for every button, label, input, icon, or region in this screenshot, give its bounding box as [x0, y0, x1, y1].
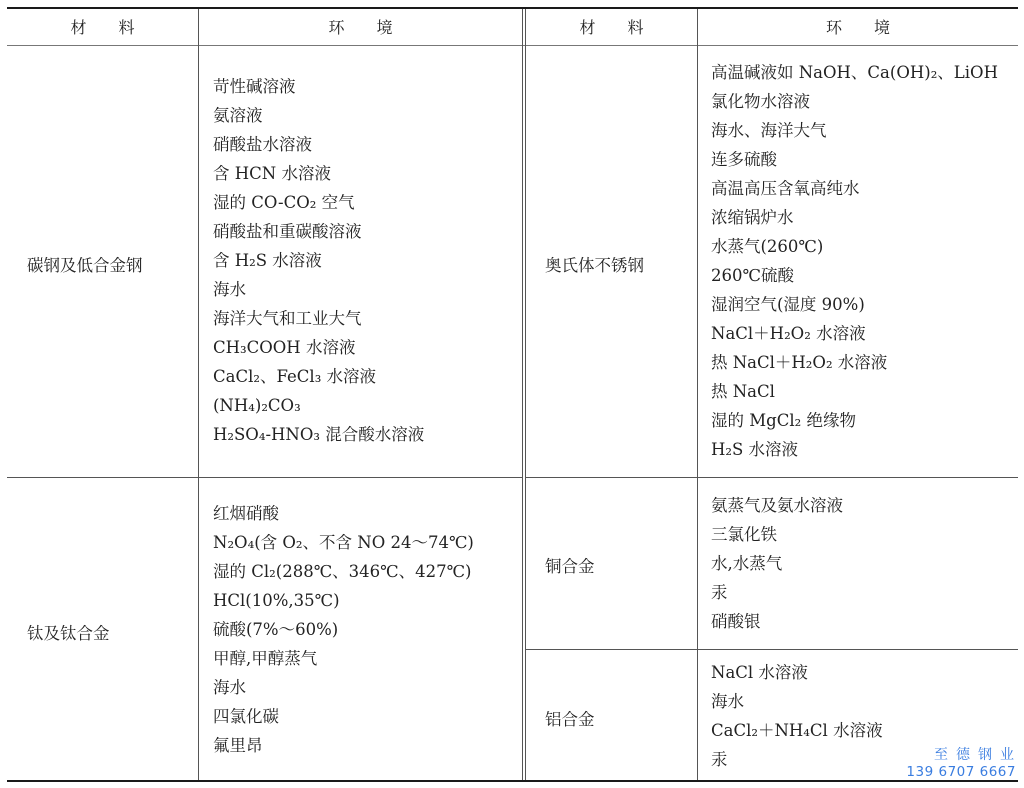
material-titanium: 钛及钛合金 [27, 620, 110, 644]
environment-item: 湿的 MgCl₂ 绝缘物 [711, 406, 998, 435]
material-aluminum-alloy: 铝合金 [545, 706, 595, 730]
environment-item: CH₃COOH 水溶液 [213, 333, 424, 362]
environment-item: 氨溶液 [213, 101, 424, 130]
environment-list-copper-alloy: 氨蒸气及氨水溶液 三氯化铁 水,水蒸气 汞 硝酸银 [711, 491, 843, 636]
col-divider-double-b [525, 9, 526, 780]
environment-item: 热 NaCl＋H₂O₂ 水溶液 [711, 348, 998, 377]
environment-item: (NH₄)₂CO₃ [213, 391, 424, 420]
environment-item: 红烟硝酸 [213, 499, 474, 528]
environment-item: 海水、海洋大气 [711, 116, 998, 145]
environment-item: CaCl₂、FeCl₃ 水溶液 [213, 362, 424, 391]
environment-item: 高温高压含氧高纯水 [711, 174, 998, 203]
environment-item: 三氯化铁 [711, 520, 843, 549]
environment-item: 连多硫酸 [711, 145, 998, 174]
environment-item: 硫酸(7%～60%) [213, 615, 474, 644]
header-bottom-rule [7, 45, 1018, 46]
environment-item: 氯化物水溶液 [711, 87, 998, 116]
environment-list-austenitic-stainless: 高温碱液如 NaOH、Ca(OH)₂、LiOH 氯化物水溶液 海水、海洋大气 连… [711, 58, 998, 464]
watermark: 至德钢业 139 6707 6667 [906, 744, 1016, 780]
environment-item: H₂SO₄-HNO₃ 混合酸水溶液 [213, 420, 424, 449]
row-divider-copper-aluminum [526, 649, 1018, 650]
environment-item: N₂O₄(含 O₂、不含 NO 24～74℃) [213, 528, 474, 557]
environment-item: 海水 [711, 687, 883, 716]
material-carbon-steel: 碳钢及低合金钢 [27, 252, 143, 276]
environment-item: 含 HCN 水溶液 [213, 159, 424, 188]
environment-item: 汞 [711, 745, 883, 774]
watermark-phone: 139 6707 6667 [906, 764, 1016, 780]
environment-item: 热 NaCl [711, 377, 998, 406]
environment-item: 高温碱液如 NaOH、Ca(OH)₂、LiOH [711, 58, 998, 87]
environment-item: 湿的 Cl₂(288℃、346℃、427℃) [213, 557, 474, 586]
header-environment-left: 环 境 [199, 8, 522, 45]
col-divider-3 [697, 9, 698, 780]
table-bottom-rule [7, 780, 1018, 782]
environment-item: 含 H₂S 水溶液 [213, 246, 424, 275]
row-divider-right [526, 477, 1018, 478]
environment-item: HCl(10%,35℃) [213, 586, 474, 615]
environment-item: 260℃硫酸 [711, 261, 998, 290]
environment-item: 甲醇,甲醇蒸气 [213, 644, 474, 673]
environment-item: 湿的 CO-CO₂ 空气 [213, 188, 424, 217]
environment-item: 汞 [711, 578, 843, 607]
environment-item: 海水 [213, 673, 474, 702]
row-divider-left [7, 477, 522, 478]
environment-item: 湿润空气(湿度 90%) [711, 290, 998, 319]
environment-item: 四氯化碳 [213, 702, 474, 731]
environment-item: 硝酸盐水溶液 [213, 130, 424, 159]
environment-item: 水蒸气(260℃) [711, 232, 998, 261]
environment-list-aluminum-alloy: NaCl 水溶液 海水 CaCl₂＋NH₄Cl 水溶液 汞 [711, 658, 883, 774]
environment-item: NaCl 水溶液 [711, 658, 883, 687]
environment-item: 硝酸盐和重碳酸溶液 [213, 217, 424, 246]
environment-item: 氟里昂 [213, 731, 474, 760]
col-divider-1 [198, 9, 199, 780]
environment-item: 硝酸银 [711, 607, 843, 636]
header-material-left: 材 料 [7, 8, 198, 45]
environment-list-titanium: 红烟硝酸 N₂O₄(含 O₂、不含 NO 24～74℃) 湿的 Cl₂(288℃… [213, 499, 474, 760]
environment-list-carbon-steel: 苛性碱溶液 氨溶液 硝酸盐水溶液 含 HCN 水溶液 湿的 CO-CO₂ 空气 … [213, 72, 424, 449]
header-environment-right: 环 境 [698, 8, 1018, 45]
environment-item: 氨蒸气及氨水溶液 [711, 491, 843, 520]
environment-item: 浓缩锅炉水 [711, 203, 998, 232]
environment-item: H₂S 水溶液 [711, 435, 998, 464]
watermark-company-name: 至德钢业 [906, 744, 1022, 764]
environment-item: 海洋大气和工业大气 [213, 304, 424, 333]
environment-item: CaCl₂＋NH₄Cl 水溶液 [711, 716, 883, 745]
material-austenitic-stainless: 奥氏体不锈钢 [545, 252, 644, 276]
header-material-right: 材 料 [526, 8, 697, 45]
environment-item: 水,水蒸气 [711, 549, 843, 578]
material-copper-alloy: 铜合金 [545, 553, 595, 577]
environment-item: 苛性碱溶液 [213, 72, 424, 101]
col-divider-double-a [522, 9, 523, 780]
environment-item: 海水 [213, 275, 424, 304]
environment-item: NaCl＋H₂O₂ 水溶液 [711, 319, 998, 348]
